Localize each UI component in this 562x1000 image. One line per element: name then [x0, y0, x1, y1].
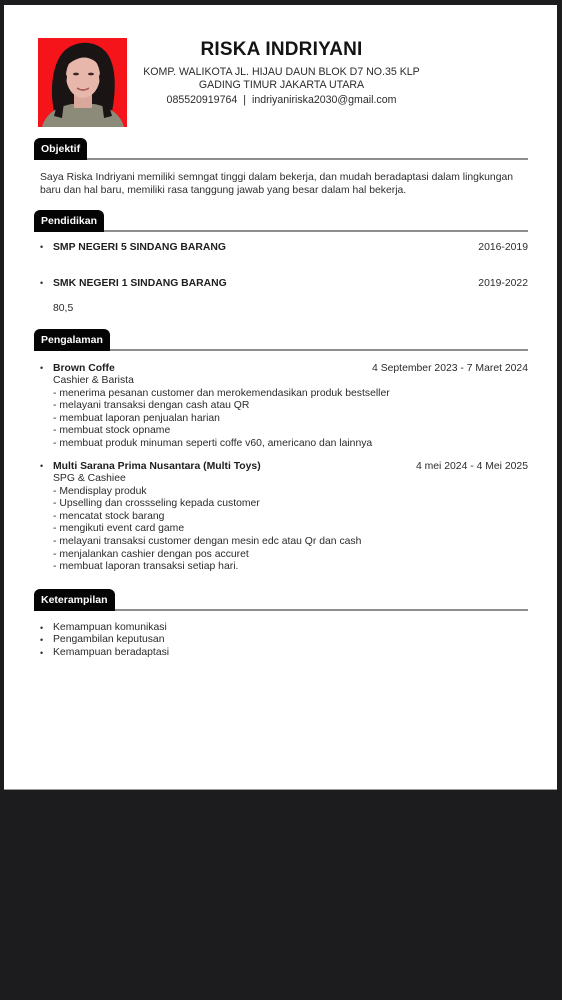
company-name: Brown Coffe [53, 363, 115, 374]
experience-details: SPG & Cashiee - Mendisplay produk - Upse… [53, 473, 361, 574]
employment-period: 4 September 2023 - 7 Maret 2024 [372, 363, 528, 374]
section-tab-education: Pendidikan [34, 210, 104, 232]
job-duty: - menerima pesanan customer dan merokeme… [53, 388, 390, 401]
address-line-1: KOMP. WALIKOTA JL. HIJAU DAUN BLOK D7 NO… [124, 66, 439, 79]
bullet-icon: • [40, 647, 43, 659]
section-tab-experience: Pengalaman [34, 329, 110, 351]
section-tab-objective: Objektif [34, 138, 87, 160]
employment-period: 4 mei 2024 - 4 Mei 2025 [416, 461, 528, 472]
school-name: SMK NEGERI 1 SINDANG BARANG [53, 278, 227, 289]
job-duty: - membuat stock opname [53, 425, 390, 438]
job-duty: - mencatat stock barang [53, 511, 361, 524]
email-address: indriyaniriska2030@gmail.com [252, 94, 396, 106]
education-years: 2016-2019 [478, 242, 528, 253]
resume-page: RISKA INDRIYANI KOMP. WALIKOTA JL. HIJAU… [4, 5, 557, 789]
contact-line: 085520919764|indriyaniriska2030@gmail.co… [124, 94, 439, 106]
skills-list: • Kemampuan komunikasi • Pengambilan kep… [40, 622, 169, 659]
bullet-icon: • [40, 461, 43, 471]
job-duty: - membuat produk minuman seperti coffe v… [53, 438, 390, 451]
section-divider [34, 158, 528, 160]
section-header-experience: Pengalaman [34, 326, 528, 351]
job-role: SPG & Cashiee [53, 473, 361, 486]
bullet-icon: • [40, 242, 43, 252]
skill-item: • Kemampuan beradaptasi [40, 647, 169, 659]
job-duty: - Mendisplay produk [53, 486, 361, 499]
bullet-icon: • [40, 363, 43, 373]
job-duty: - membuat laporan penjualan harian [53, 413, 390, 426]
education-score: 80,5 [53, 303, 73, 316]
job-role: Cashier & Barista [53, 375, 390, 388]
address: KOMP. WALIKOTA JL. HIJAU DAUN BLOK D7 NO… [124, 66, 439, 92]
education-years: 2019-2022 [478, 278, 528, 289]
section-header-education: Pendidikan [34, 207, 528, 232]
job-duty: - melayani transaksi customer dengan mes… [53, 536, 361, 549]
phone-number: 085520919764 [167, 94, 238, 106]
contact-separator: | [237, 94, 252, 106]
job-duty: - Upselling dan crossseling kepada custo… [53, 498, 361, 511]
bullet-icon: • [40, 278, 43, 288]
skill-item: • Kemampuan komunikasi [40, 622, 169, 634]
bullet-icon: • [40, 622, 43, 634]
skill-label: Pengambilan keputusan [53, 634, 165, 645]
profile-photo [38, 38, 127, 127]
skill-label: Kemampuan beradaptasi [53, 647, 169, 658]
experience-details: Cashier & Barista - menerima pesanan cus… [53, 375, 390, 451]
section-tab-skills: Keterampilan [34, 589, 115, 611]
job-duty: - membuat laporan transaksi setiap hari. [53, 561, 361, 574]
person-portrait-icon [38, 38, 127, 127]
job-duty: - melayani transaksi dengan cash atau QR [53, 400, 390, 413]
company-name: Multi Sarana Prima Nusantara (Multi Toys… [53, 461, 261, 472]
school-name: SMP NEGERI 5 SINDANG BARANG [53, 242, 226, 253]
skill-label: Kemampuan komunikasi [53, 622, 167, 633]
address-line-2: GADING TIMUR JAKARTA UTARA [124, 79, 439, 92]
section-header-objective: Objektif [34, 135, 528, 160]
job-duty: - menjalankan cashier dengan pos accuret [53, 549, 361, 562]
section-divider [34, 230, 528, 232]
bullet-icon: • [40, 634, 43, 646]
section-header-skills: Keterampilan [34, 586, 528, 611]
job-duty: - mengikuti event card game [53, 523, 361, 536]
objective-text: Saya Riska Indriyani memiliki semngat ti… [40, 171, 530, 197]
skill-item: • Pengambilan keputusan [40, 634, 169, 646]
candidate-name: RISKA INDRIYANI [124, 39, 439, 61]
